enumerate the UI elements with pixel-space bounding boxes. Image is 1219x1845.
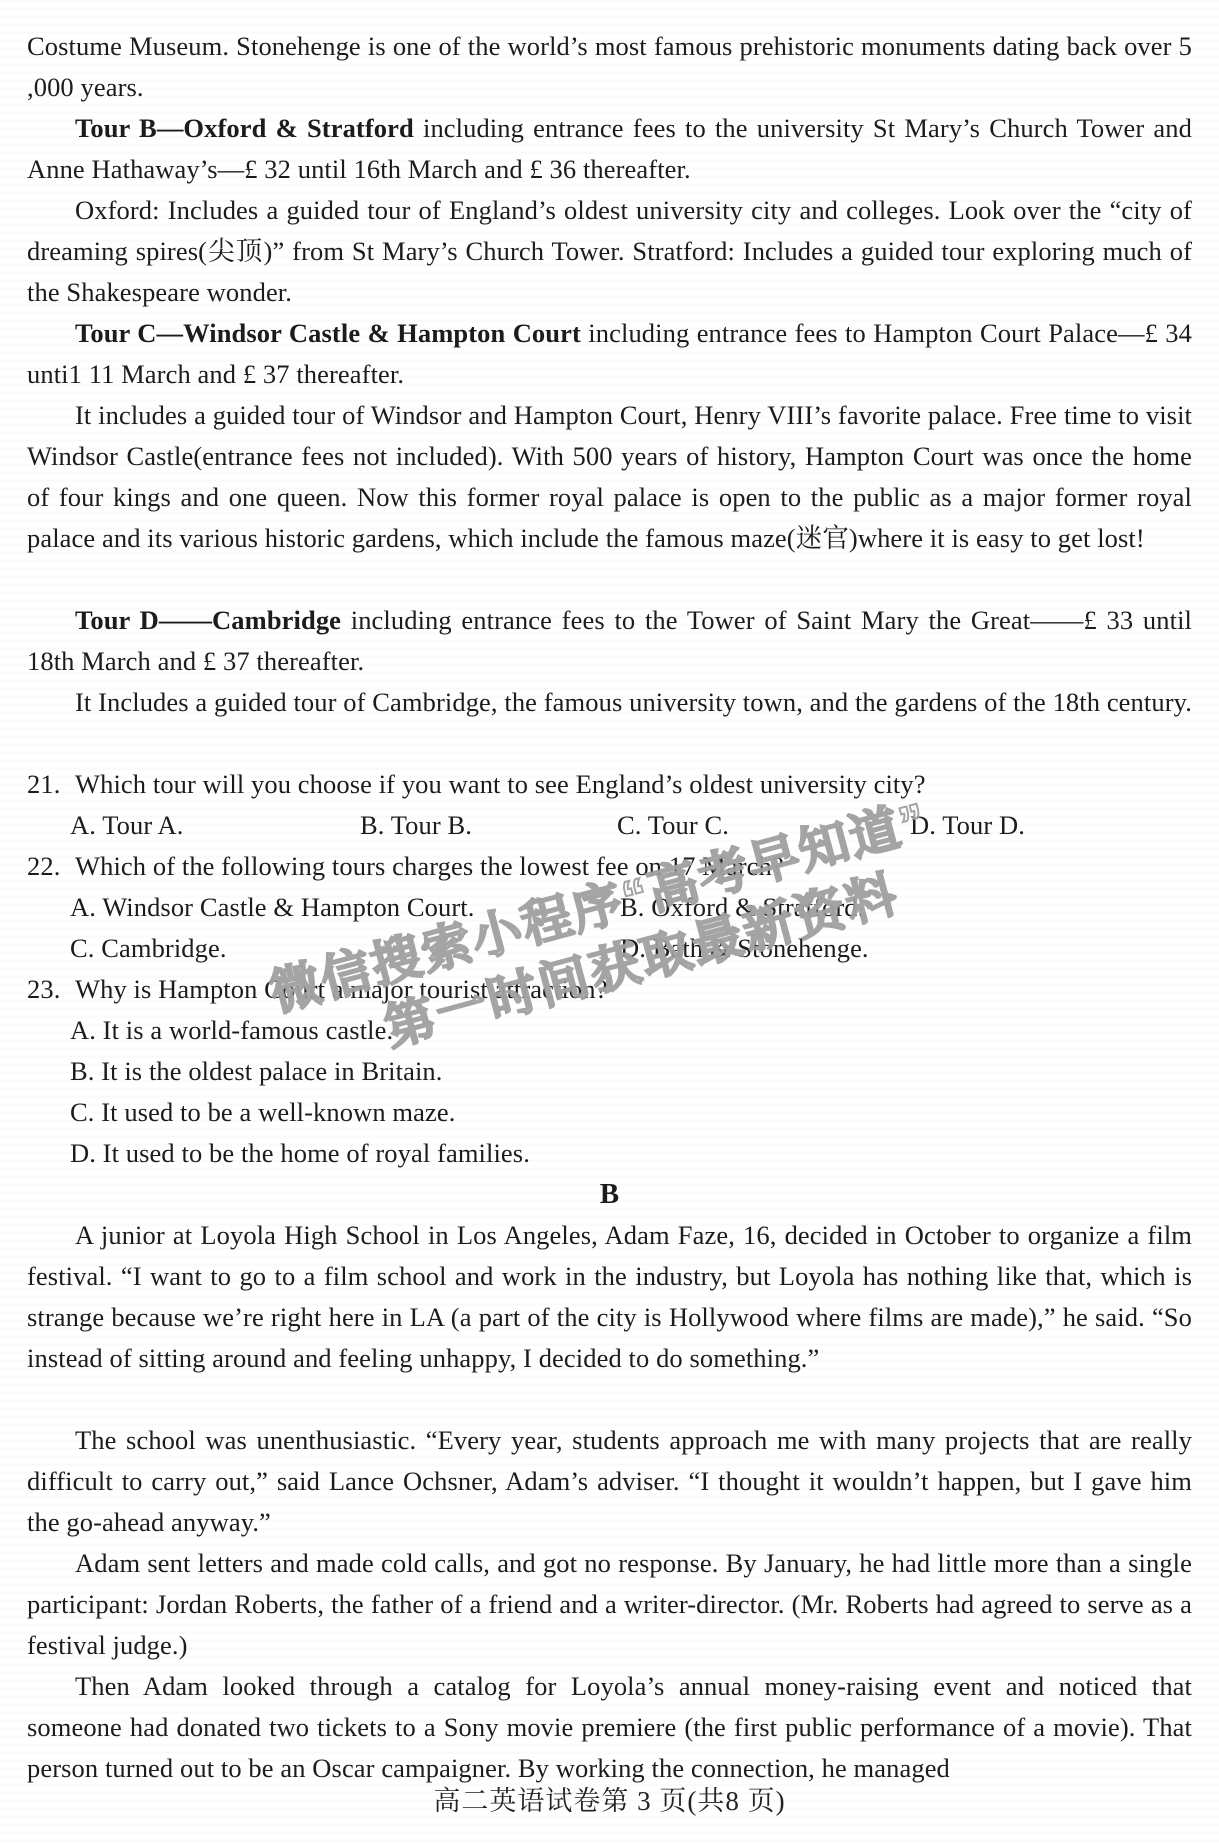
option-21-c: C. Tour C. (617, 805, 910, 846)
option-23-c: C. It used to be a well-known maze. (27, 1092, 1192, 1133)
question-21-options: A. Tour A. B. Tour B. C. Tour C. D. Tour… (27, 805, 1199, 846)
tour-c-detail-paragraph: It includes a guided tour of Windsor and… (27, 395, 1192, 559)
tour-c-paragraph: Tour C—Windsor Castle & Hampton Court in… (27, 313, 1192, 395)
question-23-number: 23. (27, 969, 75, 1010)
option-21-b: B. Tour B. (360, 805, 617, 846)
question-22: 22.Which of the following tours charges … (27, 846, 1192, 887)
option-23-d: D. It used to be the home of royal famil… (27, 1133, 1192, 1174)
passage-a-continuation: Costume Museum. Stonehenge is one of the… (27, 26, 1192, 108)
option-22-a: A. Windsor Castle & Hampton Court. (70, 887, 620, 928)
passage-b-paragraph-2: The school was unenthusiastic. “Every ye… (27, 1420, 1192, 1543)
question-21-number: 21. (27, 764, 75, 805)
tour-b-paragraph: Tour B—Oxford & Stratford including entr… (27, 108, 1192, 190)
passage-b-paragraph-4: Then Adam looked through a catalog for L… (27, 1666, 1192, 1789)
page-footer: 高二英语试卷第 3 页(共8 页) (0, 1784, 1219, 1818)
tour-b-heading: Tour B—Oxford & Stratford (75, 113, 414, 143)
section-b-heading: B (27, 1174, 1192, 1215)
option-21-d: D. Tour D. (910, 805, 1199, 846)
question-21: 21.Which tour will you choose if you wan… (27, 764, 1192, 805)
tour-d-detail-paragraph: It Includes a guided tour of Cambridge, … (27, 682, 1192, 723)
option-22-b: B. Oxford & Stratford. (620, 887, 1199, 928)
passage-b-paragraph-1: A junior at Loyola High School in Los An… (27, 1215, 1192, 1379)
tour-c-heading: Tour C—Windsor Castle & Hampton Court (75, 318, 581, 348)
question-22-number: 22. (27, 846, 75, 887)
option-23-b: B. It is the oldest palace in Britain. (27, 1051, 1192, 1092)
option-22-d: D. Bath & Stonehenge. (620, 928, 1199, 969)
question-22-options-row2: C. Cambridge. D. Bath & Stonehenge. (27, 928, 1199, 969)
question-21-text: Which tour will you choose if you want t… (75, 769, 926, 799)
question-22-text: Which of the following tours charges the… (75, 851, 784, 881)
question-23-text: Why is Hampton Court a major tourist att… (75, 974, 607, 1004)
exam-page: Costume Museum. Stonehenge is one of the… (0, 0, 1219, 1845)
option-21-a: A. Tour A. (70, 805, 360, 846)
question-23: 23.Why is Hampton Court a major tourist … (27, 969, 1192, 1010)
option-23-a: A. It is a world-famous castle. (27, 1010, 1192, 1051)
tour-d-paragraph: Tour D——Cambridge including entrance fee… (27, 600, 1192, 682)
tour-d-heading: Tour D——Cambridge (75, 605, 341, 635)
option-22-c: C. Cambridge. (70, 928, 620, 969)
passage-b-paragraph-3: Adam sent letters and made cold calls, a… (27, 1543, 1192, 1666)
question-22-options-row1: A. Windsor Castle & Hampton Court. B. Ox… (27, 887, 1199, 928)
oxford-stratford-paragraph: Oxford: Includes a guided tour of Englan… (27, 190, 1192, 313)
